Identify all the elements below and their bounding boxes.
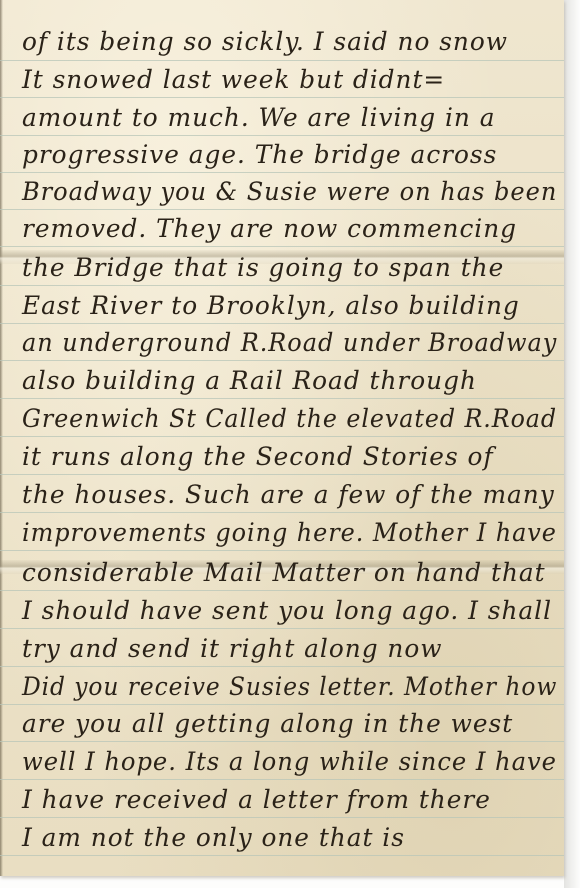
text-line: are you all getting along in the west (22, 709, 557, 739)
text-line: well I hope. Its a long while since I ha… (22, 747, 545, 777)
ruled-line (0, 550, 564, 551)
page-edge-shadow (564, 0, 580, 888)
text-line: an underground R.Road under Broadway (22, 328, 540, 358)
text-line: also building a Rail Road through (22, 366, 557, 396)
ruled-line (0, 436, 564, 437)
ruled-line (0, 512, 564, 513)
text-line: improvements going here. Mother I have (22, 518, 539, 548)
text-line: considerable Mail Matter on hand that (22, 558, 557, 588)
text-line: Did you receive Susies letter. Mother ho… (22, 672, 526, 702)
ruled-line (0, 60, 564, 61)
ruled-line (0, 666, 564, 667)
text-line: it runs along the Second Stories of (22, 442, 557, 472)
text-line: Greenwich St Called the elevated R.Road (22, 404, 534, 434)
text-line: the Bridge that is going to span the (22, 253, 557, 283)
text-line: I am not the only one that is (22, 823, 557, 853)
text-line: I should have sent you long ago. I shall (22, 596, 557, 626)
text-line: amount to much. We are living in a (22, 103, 557, 133)
ruled-line (0, 172, 564, 173)
ruled-line (0, 741, 564, 742)
text-line: East River to Brooklyn, also building (22, 291, 557, 321)
text-line: I have received a letter from there (22, 785, 557, 815)
ruled-line (0, 398, 564, 399)
ruled-line (0, 628, 564, 629)
ruled-line (0, 704, 564, 705)
ruled-line (0, 246, 564, 247)
ruled-line (0, 779, 564, 780)
text-line: Broadway you & Susie were on has been (22, 177, 543, 207)
ruled-line (0, 590, 564, 591)
ruled-line (0, 474, 564, 475)
ruled-line (0, 817, 564, 818)
text-line: of its being so sickly. I said no snow (22, 27, 557, 57)
ruled-line (0, 855, 564, 856)
scanned-document: of its being so sickly. I said no snow I… (0, 0, 580, 888)
ruled-line (0, 97, 564, 98)
text-line: It snowed last week but didnt= (22, 65, 557, 95)
ruled-line (0, 360, 564, 361)
ruled-line (0, 323, 564, 324)
text-line: progressive age. The bridge across (22, 140, 557, 170)
text-line: removed. They are now commencing (22, 214, 557, 244)
ruled-line (0, 135, 564, 136)
letter-page: of its being so sickly. I said no snow I… (0, 0, 564, 876)
ruled-line (0, 209, 564, 210)
ruled-line (0, 285, 564, 286)
text-line: try and send it right along now (22, 634, 557, 664)
text-line: the houses. Such are a few of the many (22, 480, 557, 510)
